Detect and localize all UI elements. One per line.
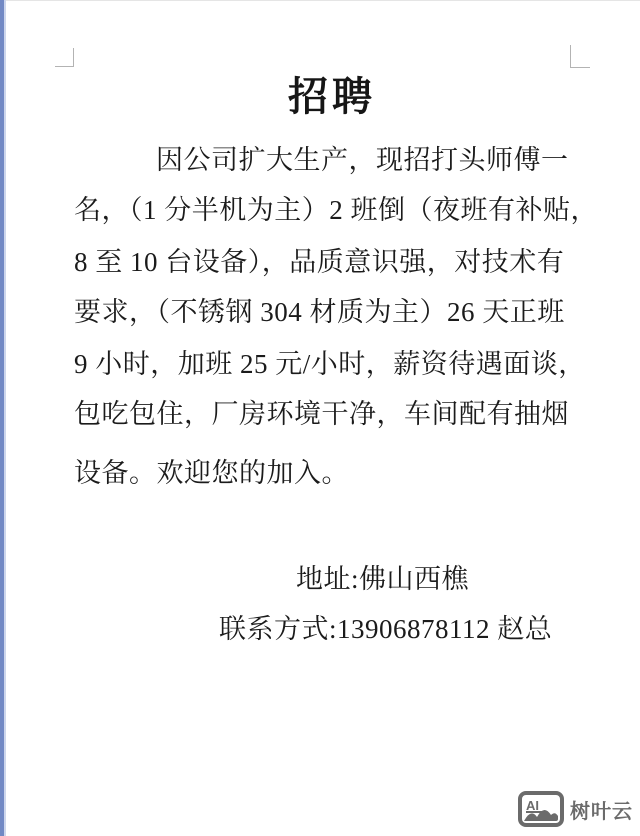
left-edge-accent-bar-highlight — [4, 0, 6, 836]
margin-crop-mark-top-right — [570, 45, 590, 68]
body-paragraph-line: 包吃包住，厂房环境干净，车间配有抽烟 — [74, 396, 614, 432]
contact-phone-text: 联系方式:13906878112 赵总 — [219, 611, 552, 647]
watermark: AI 树叶云 — [518, 791, 633, 827]
body-paragraph-line: 9 小时，加班 25 元/小时，薪资待遇面谈， — [74, 346, 614, 382]
page-top-border — [0, 0, 640, 1]
svg-text:AI: AI — [526, 798, 539, 813]
body-paragraph-line: 8 至 10 台设备），品质意识强，对技术有 — [74, 244, 614, 280]
document-page: 招聘 因公司扩大生产，现招打头师傅一 名，（1 分半机为主）2 班倒（夜班有补贴… — [0, 0, 640, 836]
body-paragraph-line: 要求，（不锈钢 304 材质为主）26 天正班 — [74, 294, 614, 330]
page-title: 招聘 — [74, 73, 590, 121]
body-paragraph-line: 名，（1 分半机为主）2 班倒（夜班有补贴， — [74, 192, 614, 228]
body-paragraph-line: 因公司扩大生产，现招打头师傅一 — [74, 142, 614, 178]
margin-crop-mark-top-left — [55, 48, 74, 67]
body-paragraph-line: 设备。欢迎您的加入。 — [74, 455, 614, 491]
address-text: 地址:佛山西樵 — [296, 561, 469, 597]
ai-picture-icon: AI — [518, 791, 564, 827]
watermark-brand-label: 树叶云 — [570, 795, 633, 824]
